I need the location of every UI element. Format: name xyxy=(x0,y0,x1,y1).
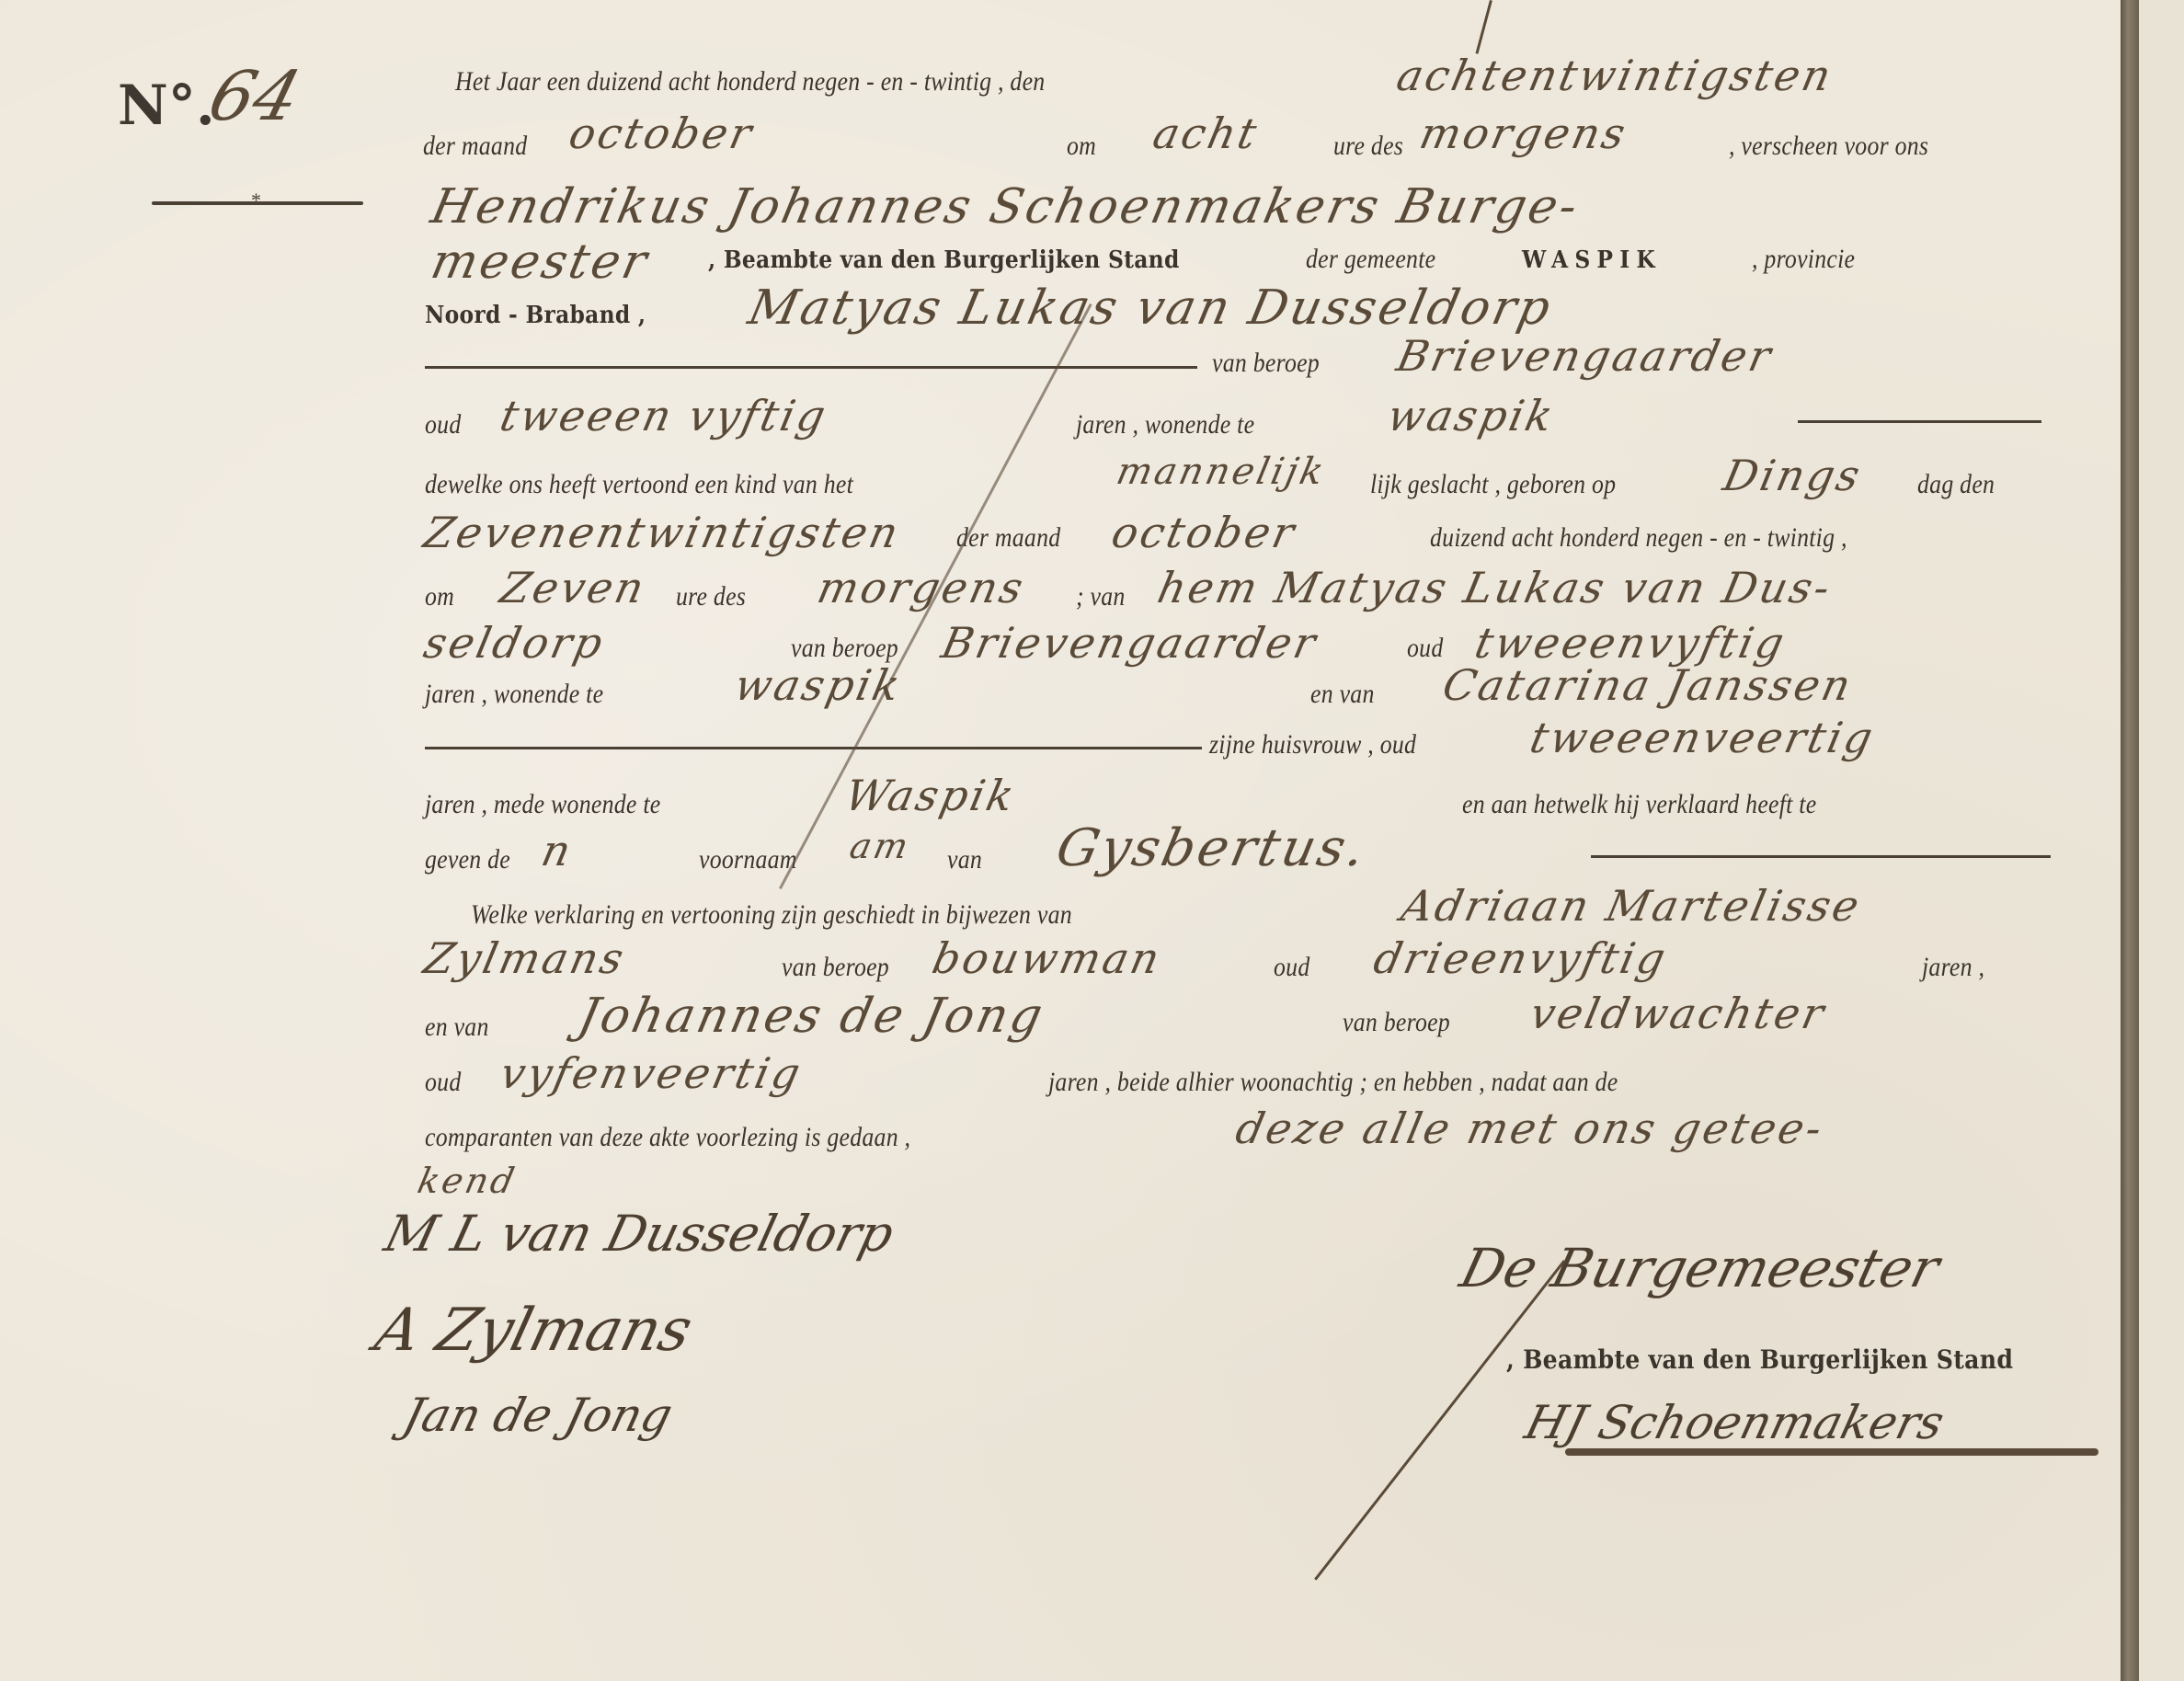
fill-rule xyxy=(425,747,1202,749)
hand-closing-cont: kend xyxy=(414,1161,520,1201)
print-van-beroep: van beroep xyxy=(782,952,889,983)
signature-underline xyxy=(1565,1448,2098,1456)
print-comparanten: comparanten van deze akte voorlezing is … xyxy=(425,1122,910,1153)
print-verklaard: en aan hetwelk hij verklaard heeft te xyxy=(1462,789,1816,820)
hand-mother-residence: Waspik xyxy=(840,771,1021,820)
hand-witness1-surname: Zylmans xyxy=(419,933,630,983)
hand-father-age: tweeen vyftig xyxy=(496,391,832,440)
print-om: om xyxy=(425,581,454,612)
hand-witness1-name: Adriaan Martelisse xyxy=(1397,881,1866,931)
hand-sex: mannelijk xyxy=(1113,451,1330,493)
print-geven-de: geven de xyxy=(425,844,510,875)
record-number: 64 xyxy=(200,57,308,136)
print-oud: oud xyxy=(1407,633,1443,664)
hand-birth-morning: morgens xyxy=(813,563,1030,612)
official-caption: , Beambte van den Burgerlijken Stand xyxy=(1506,1344,2013,1375)
signature-witness-1: A Zylmans xyxy=(369,1297,699,1365)
signature-witness-2: Jan de Jong xyxy=(398,1389,678,1442)
print-geslacht: lijk geslacht , geboren op xyxy=(1370,469,1616,500)
print-voornaam: voornaam xyxy=(699,844,797,875)
print-ure-des: ure des xyxy=(676,581,746,612)
print-oud: oud xyxy=(1274,952,1309,983)
hand-day: achtentwintigsten xyxy=(1392,51,1837,100)
hand-witness1-age: drieenvyftig xyxy=(1369,933,1672,983)
hand-occupation-repeat: Brievengaarder xyxy=(937,618,1322,668)
print-welke-verklaring: Welke verklaring en vertooning zijn gesc… xyxy=(471,899,1072,931)
hand-weekday: Dings xyxy=(1719,451,1867,500)
hand-birth-month: october xyxy=(1107,508,1301,557)
municipality-name: WASPIK xyxy=(1522,246,1662,274)
fill-rule xyxy=(1798,420,2041,423)
hand-hour: acht xyxy=(1149,109,1264,158)
print-beambte: , Beambte van den Burgerlijken Stand xyxy=(708,246,1180,274)
print-verscheen: , verscheen voor ons xyxy=(1729,131,1928,162)
print-huisvrouw: zijne huisvrouw , oud xyxy=(1209,729,1416,760)
hand-morning: morgens xyxy=(1415,109,1632,158)
print-ure-des: ure des xyxy=(1333,131,1403,162)
print-en-van: en van xyxy=(1310,679,1375,710)
hand-birth-hour: Zeven xyxy=(496,563,651,612)
print-line-1: Het Jaar een duizend acht honderd negen … xyxy=(455,66,1045,97)
register-page: N°. 64 Het Jaar een duizend acht honderd… xyxy=(0,0,2133,1681)
hand-official-name: Hendrikus Johannes Schoenmakers Burge- xyxy=(427,179,1585,234)
print-van-beroep: van beroep xyxy=(1212,348,1320,379)
print-der-maand: der maand xyxy=(423,131,527,162)
print-van: ; van xyxy=(1076,581,1126,612)
print-om: om xyxy=(1067,131,1096,162)
print-oud: oud xyxy=(425,409,461,440)
print-van-beroep: van beroep xyxy=(1343,1007,1450,1038)
print-van: van xyxy=(947,844,982,875)
hand-mother-name: Catarina Janssen xyxy=(1438,660,1858,710)
hand-father-name: Matyas Lukas van Dusseldorp xyxy=(744,280,1558,336)
print-dewelke: dewelke ons heeft vertoond een kind van … xyxy=(425,469,853,500)
print-dag-den: dag den xyxy=(1917,469,1995,500)
hand-closing: deze alle met ons getee- xyxy=(1231,1104,1829,1153)
hand-month: october xyxy=(565,109,759,158)
hand-witness2-age: vyfenveertig xyxy=(496,1048,806,1098)
record-number-label: N°. xyxy=(118,74,215,138)
signature-official: HJ Schoenmakers xyxy=(1520,1396,1950,1449)
print-provincie: , provincie xyxy=(1752,244,1855,275)
print-jaren: jaren , xyxy=(1922,952,1984,983)
hand-witness2-name: Johannes de Jong xyxy=(574,989,1050,1044)
hand-birth-day: Zevenentwintigsten xyxy=(419,508,905,557)
signature-father: M L van Dusseldorp xyxy=(379,1205,899,1263)
hand-meester: meester xyxy=(427,234,655,290)
signature-mayor-title: De Burgemeester xyxy=(1455,1237,1946,1299)
print-year: duizend acht honderd negen - en - twinti… xyxy=(1430,522,1847,554)
print-der-gemeente: der gemeente xyxy=(1306,244,1435,275)
hand-surname-cont: seldorp xyxy=(419,618,610,668)
hand-n: n xyxy=(537,826,577,875)
print-oud: oud xyxy=(425,1067,461,1098)
print-van-beroep: van beroep xyxy=(791,633,898,664)
hand-child-name: Gysbertus. xyxy=(1051,818,1373,878)
hand-father-name-repeat: hem Matyas Lukas van Dus- xyxy=(1153,563,1836,612)
fill-rule xyxy=(425,366,1197,369)
print-en-van: en van xyxy=(425,1012,489,1043)
print-jaren-wonende: jaren , wonende te xyxy=(425,679,603,710)
hand-father-residence: waspik xyxy=(1383,391,1560,440)
decorative-flourish-rule xyxy=(152,201,363,205)
book-binding-gutter xyxy=(2121,0,2139,1681)
hand-mother-age: tweeenveertig xyxy=(1526,713,1880,762)
fill-rule xyxy=(1591,855,2051,858)
print-jaren-wonende: jaren , wonende te xyxy=(1076,409,1254,440)
pen-stroke xyxy=(1475,0,1492,54)
print-beide-alhier: jaren , beide alhier woonachtig ; en heb… xyxy=(1048,1067,1618,1098)
hand-witness1-occupation: bouwman xyxy=(928,933,1166,983)
print-province: Noord - Braband , xyxy=(425,302,646,329)
hand-witness2-occupation: veldwachter xyxy=(1526,989,1831,1038)
adjacent-page-edge xyxy=(2139,0,2184,1681)
print-mede-wonende: jaren , mede wonende te xyxy=(425,789,660,820)
hand-am: am xyxy=(846,826,914,866)
hand-father-occupation: Brievengaarder xyxy=(1392,331,1778,381)
